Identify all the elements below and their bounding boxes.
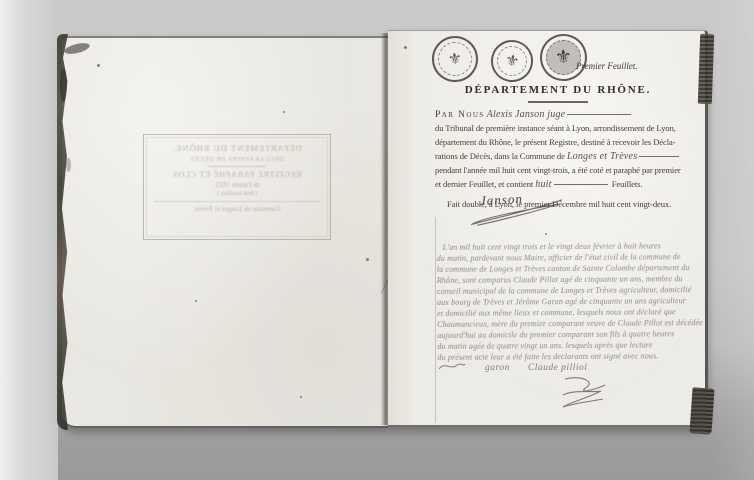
ghost-line: de l'année 1823.	[214, 181, 259, 189]
ghost-line: DÉPARTEMENT DU RHÔNE.	[172, 143, 302, 153]
ghost-line: REGISTRE PARAPHÉ ET CLOS	[172, 170, 301, 179]
bleedthrough-mirrored-text: DÉPARTEMENT DU RHÔNE. DÉCLARATIONS DE DÉ…	[146, 137, 328, 237]
bleedthrough-title-box: DÉPARTEMENT DU RHÔNE. DÉCLARATIONS DE DÉ…	[143, 134, 331, 240]
page-title: DÉPARTEMENT DU RHÔNE.	[413, 84, 703, 96]
rule-fill	[554, 183, 608, 185]
form-line: et dernier Feuillet, et contient huit Fe…	[435, 178, 719, 192]
judge-signature: Janson	[480, 190, 524, 210]
form-text: et dernier Feuillet, et contient	[435, 179, 533, 189]
declarant-signature-name: Claude pilliol	[528, 363, 588, 373]
form-line: rations de Décès, dans la Commune de Lon…	[435, 150, 719, 164]
scan-background-right	[712, 0, 754, 480]
paper-speck	[97, 64, 100, 67]
ink-blotch	[66, 158, 71, 172]
left-page: DÉPARTEMENT DU RHÔNE. DÉCLARATIONS DE DÉ…	[62, 36, 388, 428]
round-seal-stamp-icon	[429, 33, 481, 85]
handwritten-act-text: L'an mil huit cent vingt trois et le vin…	[437, 240, 708, 363]
right-page: Premier Feuillet. DÉPARTEMENT DU RHÔNE. …	[388, 30, 708, 427]
signature-flourish-icon	[466, 197, 577, 229]
ink-blotch	[60, 68, 67, 102]
form-text: rations de Décès, dans la Commune de	[435, 151, 565, 161]
feuillets-count-handwritten: huit	[535, 179, 551, 190]
round-seal-stamp-icon	[487, 36, 537, 86]
title-rule	[528, 101, 588, 103]
round-seal-stamp-icon	[539, 33, 588, 82]
rule-fill	[567, 113, 631, 115]
rule-fill	[639, 155, 679, 157]
ghost-line: DÉCLARATIONS DE DÉCÈS	[190, 156, 284, 163]
paper-speck	[283, 111, 285, 113]
paper-speck	[404, 46, 407, 49]
page-fold-line	[435, 217, 436, 423]
paper-speck	[545, 233, 547, 235]
page-stack-edge	[698, 34, 714, 104]
scan-background-left	[0, 0, 58, 480]
declarant-signature-name: garon	[485, 363, 510, 373]
form-line: Par Nous Alexis Janson juge	[435, 108, 719, 122]
commune-name-handwritten: Longes et Trèves	[567, 151, 637, 162]
judge-name-handwritten: Alexis Janson juge	[487, 109, 566, 120]
form-line: pendant l'année mil huit cent vingt-troi…	[435, 164, 719, 178]
ghost-line: ( huit feuillets )	[217, 190, 257, 197]
ghost-commune-line: Commune de Longes et Trèves.	[154, 201, 320, 213]
paper-speck	[300, 396, 302, 398]
form-line: département du Rhône, le présent Registr…	[435, 136, 719, 150]
page-stack-edge	[689, 387, 714, 434]
form-opening: Par Nous	[435, 109, 485, 120]
clerk-paraph-icon	[535, 373, 613, 413]
declarant-signatures: garon Claude pilliol	[437, 359, 587, 373]
declarant-paraph-icon	[437, 359, 467, 373]
ghost-divider	[208, 166, 266, 167]
register-scan-photo: DÉPARTEMENT DU RHÔNE. DÉCLARATIONS DE DÉ…	[0, 0, 754, 480]
paper-speck	[366, 258, 369, 261]
ink-blotch	[63, 41, 90, 56]
folio-label: Premier Feuillet.	[576, 61, 638, 71]
form-text: Feuillets.	[612, 179, 643, 189]
form-line: du Tribunal de première instance séant à…	[435, 122, 719, 136]
paper-speck	[195, 300, 197, 302]
printed-register-form: Par Nous Alexis Janson juge du Tribunal …	[435, 108, 719, 212]
